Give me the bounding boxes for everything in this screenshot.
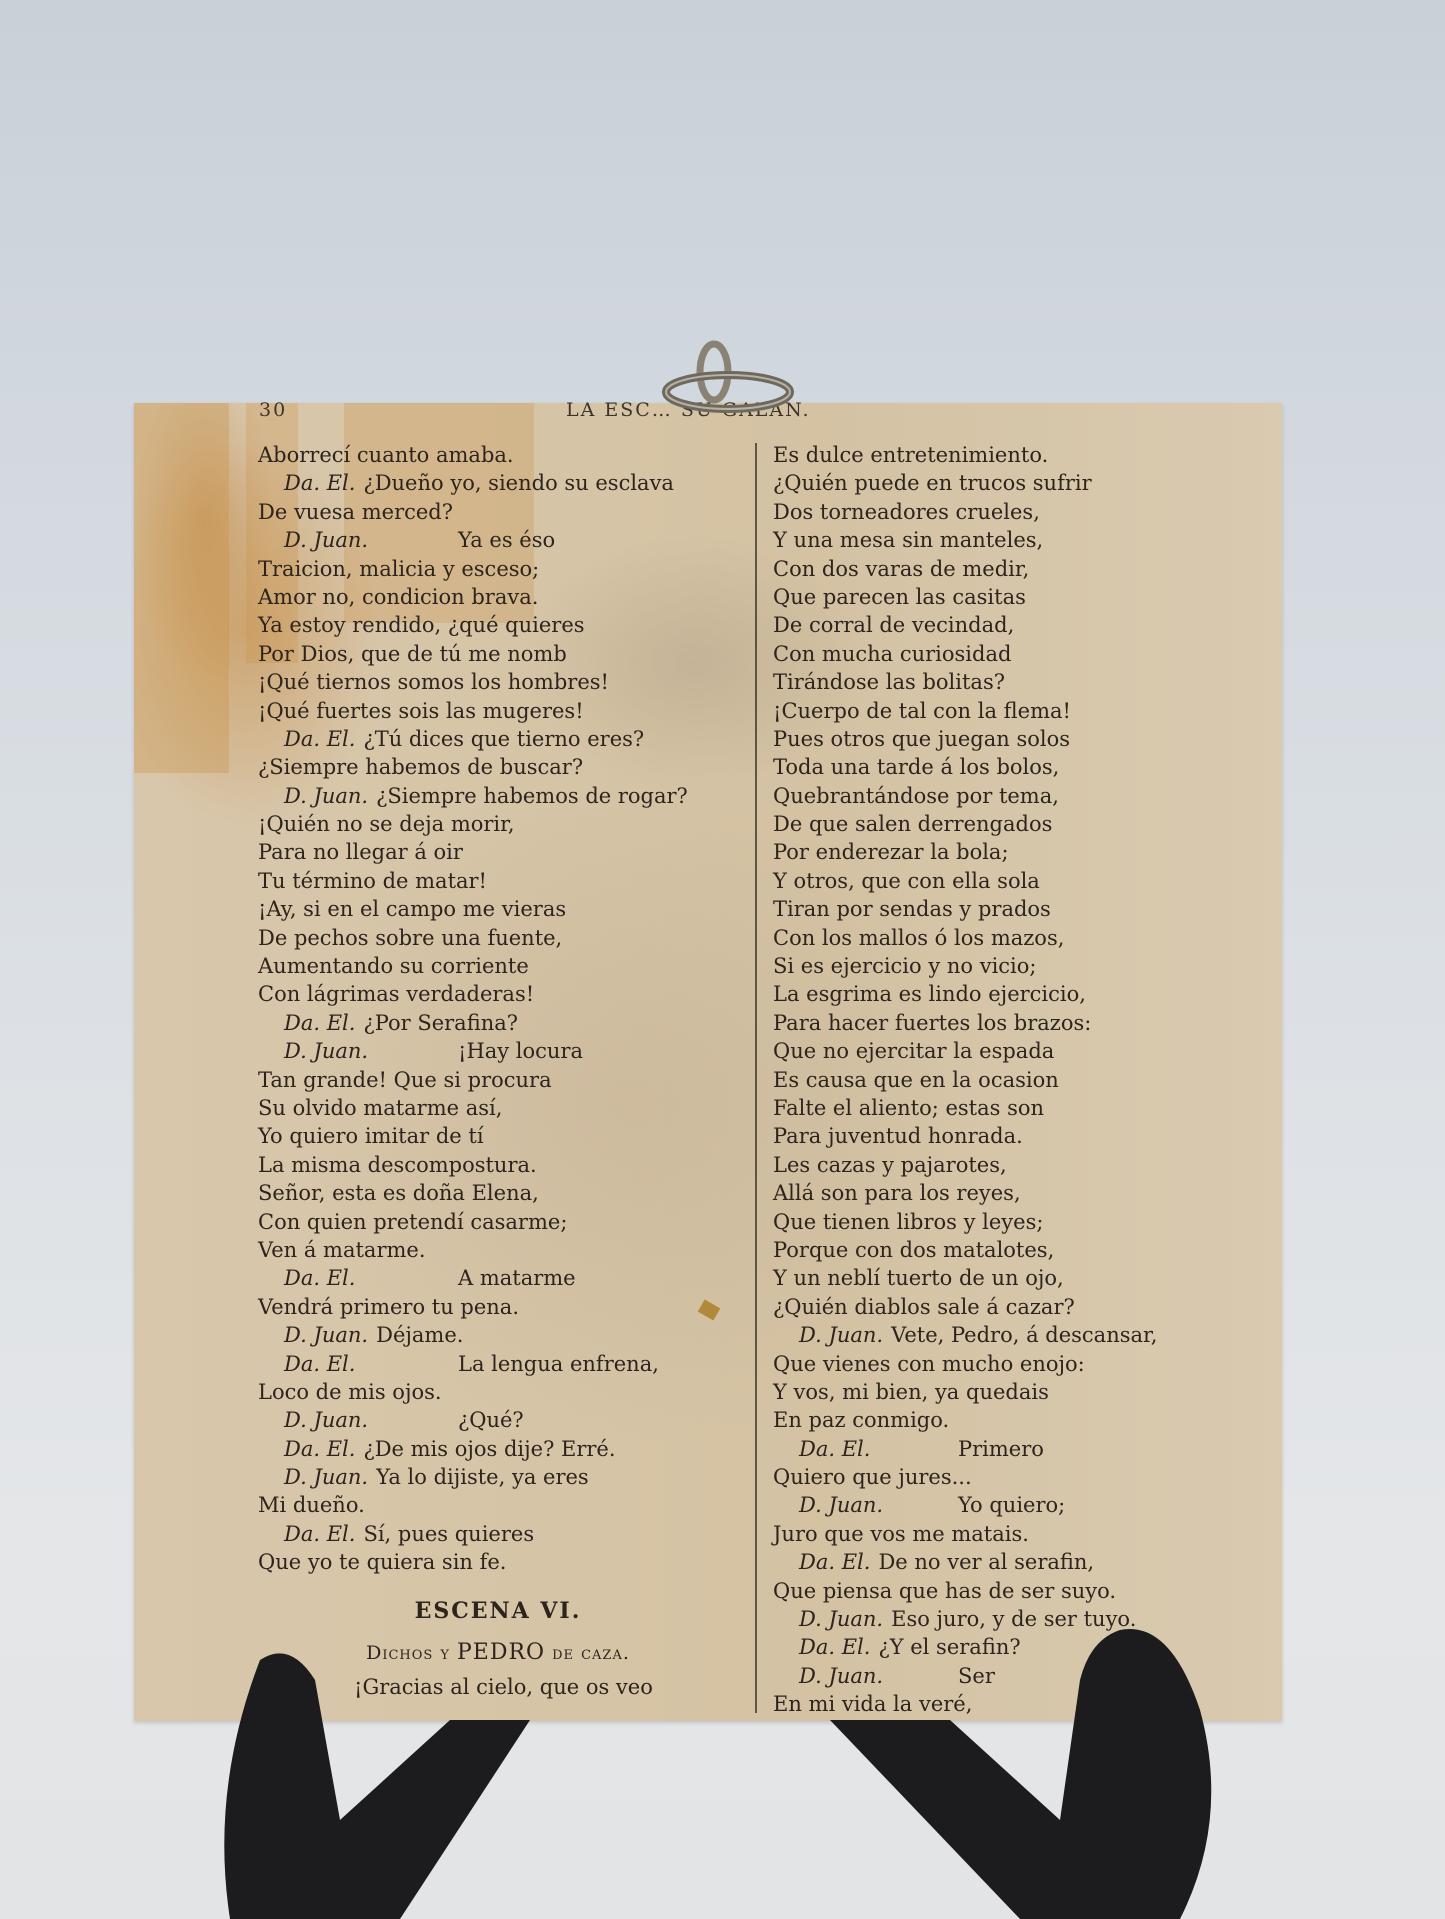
verse-text: Para hacer fuertes los brazos: xyxy=(773,1011,1091,1035)
speaker-label: D. Juan. xyxy=(284,1039,368,1063)
verse-text: Por Dios, que de tú me nomb xyxy=(258,642,567,666)
verse-line: D. Juan.¡Hay locura xyxy=(258,1037,738,1065)
verse-text: ¿Dueño yo, siendo su esclava xyxy=(363,471,674,495)
verse-line: Quebrantándose por tema, xyxy=(773,782,1243,810)
verse-line: Es causa que en la ocasion xyxy=(773,1066,1243,1094)
verse-text: Quiero que jures... xyxy=(773,1465,972,1489)
verse-text: De no ver al serafin, xyxy=(878,1550,1094,1574)
verse-line: ¡Qué fuertes sois las mugeres! xyxy=(258,697,738,725)
verse-line: ¡Qué tiernos somos los hombres! xyxy=(258,668,738,696)
verse-line: Si es ejercicio y no vicio; xyxy=(773,952,1243,980)
verse-text: Con lágrimas verdaderas! xyxy=(258,982,534,1006)
verse-line: D. Juan.Vete, Pedro, á descansar, xyxy=(773,1321,1243,1349)
verse-text: Aborrecí cuanto amaba. xyxy=(258,443,514,467)
verse-line: Por Dios, que de tú me nomb xyxy=(258,640,738,668)
right-column: Es dulce entretenimiento.¿Quién puede en… xyxy=(773,441,1243,1719)
verse-line: Con los mallos ó los mazos, xyxy=(773,924,1243,952)
speaker-label: Da. El. xyxy=(284,1437,355,1461)
verse-line: Señor, esta es doña Elena, xyxy=(258,1179,738,1207)
verse-line: Ya estoy rendido, ¿qué quieres xyxy=(258,611,738,639)
verse-text: De que salen derrengados xyxy=(773,812,1052,836)
column-divider xyxy=(755,443,757,1713)
verse-text: Por enderezar la bola; xyxy=(773,840,1009,864)
verse-text: En paz conmigo. xyxy=(773,1408,949,1432)
hanging-ring-icon xyxy=(658,340,798,415)
verse-text: Y un neblí tuerto de un ojo, xyxy=(773,1266,1064,1290)
verse-text: ¡Cuerpo de tal con la flema! xyxy=(773,699,1071,723)
verse-line: Juro que vos me matais. xyxy=(773,1520,1243,1548)
verse-line: La esgrima es lindo ejercicio, xyxy=(773,980,1243,1008)
verse-line: Que yo te quiera sin fe. xyxy=(258,1548,738,1576)
speaker-label: D. Juan. xyxy=(284,1408,368,1432)
verse-text: De vuesa merced? xyxy=(258,500,453,524)
verse-line: ¿Quién diablos sale á cazar? xyxy=(773,1293,1243,1321)
verse-text: ¿Siempre habemos de rogar? xyxy=(376,784,688,808)
water-stain xyxy=(134,403,229,773)
verse-line: Aborrecí cuanto amaba. xyxy=(258,441,738,469)
verse-text: La lengua enfrena, xyxy=(458,1350,659,1378)
verse-line: Que vienes con mucho enojo: xyxy=(773,1350,1243,1378)
verse-text: Yo quiero; xyxy=(958,1491,1065,1519)
verse-line: Y vos, mi bien, ya quedais xyxy=(773,1378,1243,1406)
verse-text: Y vos, mi bien, ya quedais xyxy=(773,1380,1049,1404)
verse-line: Vendrá primero tu pena. xyxy=(258,1293,738,1321)
speaker-label: Da. El. xyxy=(799,1437,870,1461)
antique-page: 30 LA ESC… SU GALAN. Aborrecí cuanto ama… xyxy=(134,403,1282,1721)
verse-line: D. Juan.Yo quiero; xyxy=(773,1491,1243,1519)
verse-text: Que vienes con mucho enojo: xyxy=(773,1352,1085,1376)
verse-text: Amor no, condicion brava. xyxy=(258,585,538,609)
verse-line: Que no ejercitar la espada xyxy=(773,1037,1243,1065)
verse-line: ¡Cuerpo de tal con la flema! xyxy=(773,697,1243,725)
verse-text: Aumentando su corriente xyxy=(258,954,529,978)
verse-line: Que tienen libros y leyes; xyxy=(773,1208,1243,1236)
verse-line: Su olvido matarme así, xyxy=(258,1094,738,1122)
verse-text: Traicion, malicia y esceso; xyxy=(258,557,539,581)
verse-line: Da. El.A matarme xyxy=(258,1264,738,1292)
verse-line: Da. El.De no ver al serafin, xyxy=(773,1548,1243,1576)
speaker-label: D. Juan. xyxy=(799,1493,883,1517)
verse-line: D. Juan.Ya lo dijiste, ya eres xyxy=(258,1463,738,1491)
verse-line: D. Juan.Ya es éso xyxy=(258,526,738,554)
verse-line: Que parecen las casitas xyxy=(773,583,1243,611)
verse-line: Les cazas y pajarotes, xyxy=(773,1151,1243,1179)
verse-line: Da. El.¿Dueño yo, siendo su esclava xyxy=(258,469,738,497)
verse-text: Es causa que en la ocasion xyxy=(773,1068,1059,1092)
verse-line: ¡Quién no se deja morir, xyxy=(258,810,738,838)
verse-line: Para hacer fuertes los brazos: xyxy=(773,1009,1243,1037)
verse-text: Que piensa que has de ser suyo. xyxy=(773,1579,1116,1603)
speaker-label: Da. El. xyxy=(284,1266,355,1290)
speaker-label: D. Juan. xyxy=(284,1465,368,1489)
verse-line: Aumentando su corriente xyxy=(258,952,738,980)
verse-text: A matarme xyxy=(458,1264,576,1292)
verse-text: Ya estoy rendido, ¿qué quieres xyxy=(258,613,585,637)
verse-line: Da. El.Sí, pues quieres xyxy=(258,1520,738,1548)
verse-line: ¿Siempre habemos de buscar? xyxy=(258,753,738,781)
verse-line: De corral de vecindad, xyxy=(773,611,1243,639)
verse-line: Tirándose las bolitas? xyxy=(773,668,1243,696)
verse-line: Amor no, condicion brava. xyxy=(258,583,738,611)
verse-text: Tirándose las bolitas? xyxy=(773,670,1005,694)
verse-line: Con lágrimas verdaderas! xyxy=(258,980,738,1008)
verse-text: Ven á matarme. xyxy=(258,1238,426,1262)
stand-right-arm-icon xyxy=(820,1620,1250,1919)
verse-text: Porque con dos matalotes, xyxy=(773,1238,1054,1262)
verse-line: Mi dueño. xyxy=(258,1491,738,1519)
verse-text: Sí, pues quieres xyxy=(363,1522,534,1546)
verse-text: ¡Qué tiernos somos los hombres! xyxy=(258,670,609,694)
verse-text: La misma descompostura. xyxy=(258,1153,537,1177)
verse-text: Juro que vos me matais. xyxy=(773,1522,1029,1546)
speaker-label: Da. El. xyxy=(284,1352,355,1376)
verse-text: De pechos sobre una fuente, xyxy=(258,926,562,950)
verse-line: Por enderezar la bola; xyxy=(773,838,1243,866)
verse-line: D. Juan.¿Siempre habemos de rogar? xyxy=(258,782,738,810)
verse-text: ¡Hay locura xyxy=(458,1037,583,1065)
verse-text: Es dulce entretenimiento. xyxy=(773,443,1048,467)
verse-text: Allá son para los reyes, xyxy=(773,1181,1021,1205)
verse-text: Ya lo dijiste, ya eres xyxy=(376,1465,589,1489)
speaker-label: D. Juan. xyxy=(284,1323,368,1347)
verse-text: Su olvido matarme así, xyxy=(258,1096,502,1120)
verse-text: Para juventud honrada. xyxy=(773,1124,1023,1148)
speaker-label: Da. El. xyxy=(284,1522,355,1546)
verse-line: Dos torneadores crueles, xyxy=(773,498,1243,526)
verse-text: Con mucha curiosidad xyxy=(773,642,1011,666)
verse-text: La esgrima es lindo ejercicio, xyxy=(773,982,1086,1006)
verse-line: Y una mesa sin manteles, xyxy=(773,526,1243,554)
speaker-label: Da. El. xyxy=(284,471,355,495)
verse-text: Tan grande! Que si procura xyxy=(258,1068,552,1092)
verse-line: Da. El.¿Tú dices que tierno eres? xyxy=(258,725,738,753)
verse-line: De pechos sobre una fuente, xyxy=(258,924,738,952)
verse-text: Mi dueño. xyxy=(258,1493,365,1517)
scene-heading: ESCENA VI. xyxy=(258,1589,738,1633)
verse-text: Si es ejercicio y no vicio; xyxy=(773,954,1037,978)
verse-line: Pues otros que juegan solos xyxy=(773,725,1243,753)
verse-text: Toda una tarde á los bolos, xyxy=(773,755,1059,779)
verse-line: Para juventud honrada. xyxy=(773,1122,1243,1150)
verse-text: Quebrantándose por tema, xyxy=(773,784,1059,808)
verse-text: Que no ejercitar la espada xyxy=(773,1039,1054,1063)
speaker-label: Da. El. xyxy=(284,727,355,751)
verse-text: Primero xyxy=(958,1435,1044,1463)
verse-text: Tu término de matar! xyxy=(258,869,487,893)
verse-line: D. Juan.¿Qué? xyxy=(258,1406,738,1434)
verse-line: ¡Ay, si en el campo me vieras xyxy=(258,895,738,923)
speaker-label: D. Juan. xyxy=(284,528,368,552)
verse-line: Y otros, que con ella sola xyxy=(773,867,1243,895)
verse-line: Tiran por sendas y prados xyxy=(773,895,1243,923)
verse-line: Da. El.Primero xyxy=(773,1435,1243,1463)
verse-line: Loco de mis ojos. xyxy=(258,1378,738,1406)
verse-line: Y un neblí tuerto de un ojo, xyxy=(773,1264,1243,1292)
verse-text: Vete, Pedro, á descansar, xyxy=(891,1323,1157,1347)
verse-text: ¿Quién puede en trucos sufrir xyxy=(773,471,1092,495)
verse-text: Vendrá primero tu pena. xyxy=(258,1295,519,1319)
stand-left-arm-icon xyxy=(200,1640,620,1919)
verse-line: Tu término de matar! xyxy=(258,867,738,895)
verse-text: ¡Ay, si en el campo me vieras xyxy=(258,897,566,921)
verse-text: ¿De mis ojos dije? Erré. xyxy=(363,1437,615,1461)
verse-line: D. Juan.Déjame. xyxy=(258,1321,738,1349)
verse-text: Tiran por sendas y prados xyxy=(773,897,1051,921)
verse-text: ¿Siempre habemos de buscar? xyxy=(258,755,583,779)
verse-line: Toda una tarde á los bolos, xyxy=(773,753,1243,781)
verse-line: De vuesa merced? xyxy=(258,498,738,526)
verse-line: Con quien pretendí casarme; xyxy=(258,1208,738,1236)
verse-line: Con mucha curiosidad xyxy=(773,640,1243,668)
verse-line: Da. El.La lengua enfrena, xyxy=(258,1350,738,1378)
verse-text: ¿Qué? xyxy=(458,1406,524,1434)
verse-text: Con quien pretendí casarme; xyxy=(258,1210,567,1234)
verse-text: ¡Qué fuertes sois las mugeres! xyxy=(258,699,584,723)
verse-line: Con dos varas de medir, xyxy=(773,555,1243,583)
speaker-label: D. Juan. xyxy=(284,784,368,808)
verse-line: Traicion, malicia y esceso; xyxy=(258,555,738,583)
verse-text: Que parecen las casitas xyxy=(773,585,1026,609)
verse-text: Con los mallos ó los mazos, xyxy=(773,926,1064,950)
verse-line: Es dulce entretenimiento. xyxy=(773,441,1243,469)
verse-line: La misma descompostura. xyxy=(258,1151,738,1179)
verse-text: Loco de mis ojos. xyxy=(258,1380,442,1404)
verse-line: Quiero que jures... xyxy=(773,1463,1243,1491)
verse-text: De corral de vecindad, xyxy=(773,613,1014,637)
verse-line: Que piensa que has de ser suyo. xyxy=(773,1577,1243,1605)
verse-text: Para no llegar á oir xyxy=(258,840,463,864)
verse-text: ¿Quién diablos sale á cazar? xyxy=(773,1295,1075,1319)
verse-text: Que yo te quiera sin fe. xyxy=(258,1550,506,1574)
verse-line: De que salen derrengados xyxy=(773,810,1243,838)
speaker-label: Da. El. xyxy=(284,1011,355,1035)
verse-line: Allá son para los reyes, xyxy=(773,1179,1243,1207)
verse-line: Para no llegar á oir xyxy=(258,838,738,866)
verse-text: Ya es éso xyxy=(458,526,555,554)
verse-text: Y otros, que con ella sola xyxy=(773,869,1040,893)
speaker-label: D. Juan. xyxy=(799,1323,883,1347)
verse-text: Y una mesa sin manteles, xyxy=(773,528,1043,552)
verse-line: Porque con dos matalotes, xyxy=(773,1236,1243,1264)
verse-text: ¿Tú dices que tierno eres? xyxy=(363,727,644,751)
verse-line: Yo quiero imitar de tí xyxy=(258,1122,738,1150)
verse-line: ¿Quién puede en trucos sufrir xyxy=(773,469,1243,497)
verse-text: Con dos varas de medir, xyxy=(773,557,1029,581)
verse-line: Tan grande! Que si procura xyxy=(258,1066,738,1094)
verse-line: Falte el aliento; estas son xyxy=(773,1094,1243,1122)
verse-text: Les cazas y pajarotes, xyxy=(773,1153,1007,1177)
verse-text: Yo quiero imitar de tí xyxy=(258,1124,484,1148)
verse-line: Ven á matarme. xyxy=(258,1236,738,1264)
verse-text: Pues otros que juegan solos xyxy=(773,727,1070,751)
verse-text: Que tienen libros y leyes; xyxy=(773,1210,1043,1234)
page-number: 30 xyxy=(259,399,287,421)
verse-line: Da. El.¿De mis ojos dije? Erré. xyxy=(258,1435,738,1463)
verse-text: Déjame. xyxy=(376,1323,463,1347)
verse-text: ¿Por Serafina? xyxy=(363,1011,518,1035)
speaker-label: Da. El. xyxy=(799,1550,870,1574)
verse-text: Señor, esta es doña Elena, xyxy=(258,1181,539,1205)
verse-text: ¡Quién no se deja morir, xyxy=(258,812,515,836)
verse-text: Falte el aliento; estas son xyxy=(773,1096,1044,1120)
left-column: Aborrecí cuanto amaba.Da. El.¿Dueño yo, … xyxy=(258,441,738,1701)
verse-line: En paz conmigo. xyxy=(773,1406,1243,1434)
verse-text: Dos torneadores crueles, xyxy=(773,500,1040,524)
verse-line: Da. El.¿Por Serafina? xyxy=(258,1009,738,1037)
